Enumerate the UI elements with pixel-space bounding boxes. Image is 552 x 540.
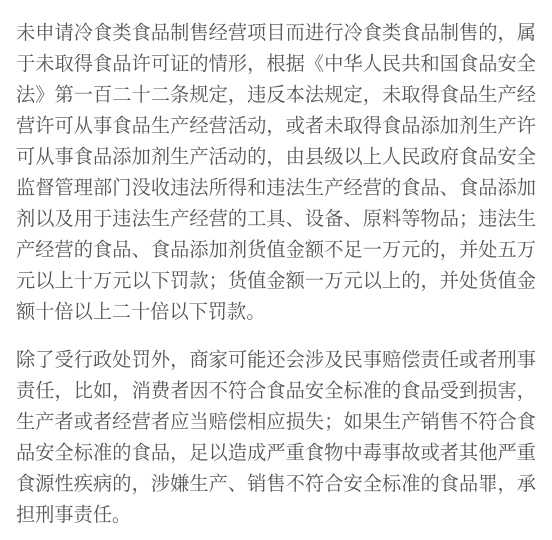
article-page: { "page": { "background_color": "#ffffff… — [0, 0, 552, 540]
civil-criminal-liability-paragraph: 除了受行政处罚外，商家可能还会涉及民事赔偿责任或者刑事责任，比如，消费者因不符合… — [16, 345, 536, 531]
article-body: 未申请冷食类食品制售经营项目而进行冷食类食品制售的，属于未取得食品许可证的情形，… — [0, 0, 552, 531]
administrative-penalty-paragraph: 未申请冷食类食品制售经营项目而进行冷食类食品制售的，属于未取得食品许可证的情形，… — [16, 18, 536, 328]
